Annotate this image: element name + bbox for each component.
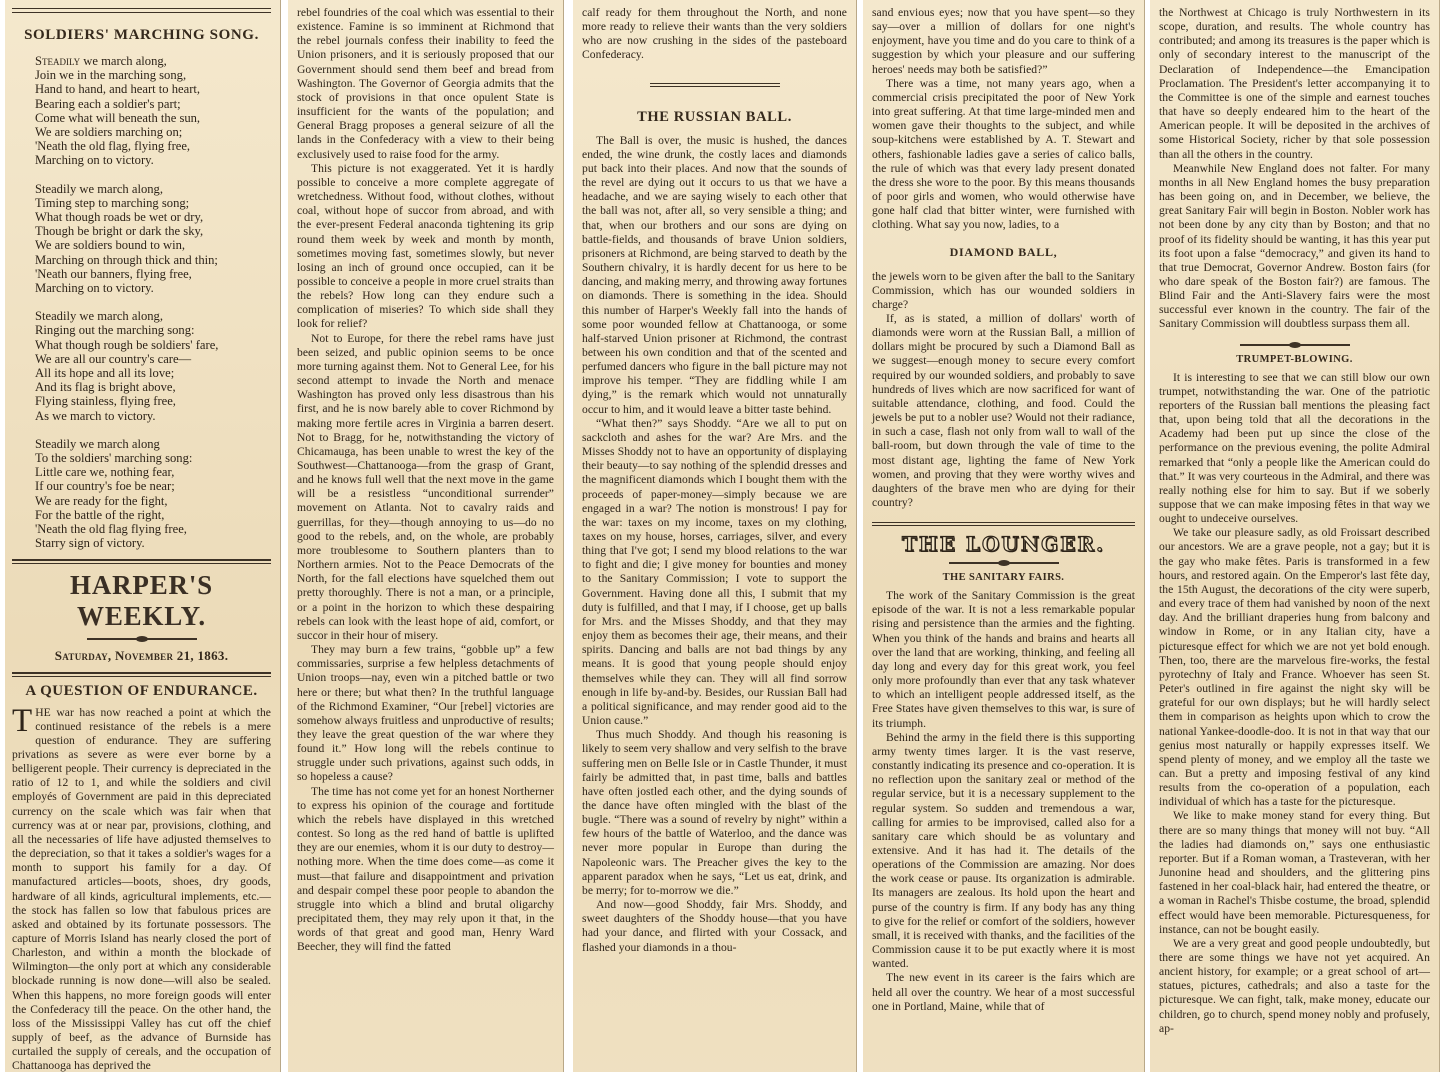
poem-title: SOLDIERS' MARCHING SONG.: [12, 27, 271, 44]
masthead-rule-top: [12, 559, 271, 564]
article-paragraph: Meanwhile New England does not falter. F…: [1159, 162, 1430, 332]
article-title-endurance: A QUESTION OF ENDURANCE.: [12, 683, 271, 700]
article-paragraph: And now—good Shoddy, fair Mrs. Shoddy, a…: [582, 898, 847, 955]
article-paragraph: “What then?” says Shoddy. “Are we all to…: [582, 417, 847, 728]
article-paragraph: the Northwest at Chicago is truly Northw…: [1159, 6, 1430, 162]
clipping-column-5: the Northwest at Chicago is truly Northw…: [1150, 0, 1440, 1072]
ornament-rule: [1240, 344, 1350, 346]
poem-stanza-2: Steadily we march along, Timing step to …: [35, 182, 271, 296]
article-paragraph: rebel foundries of the coal which was es…: [297, 6, 554, 162]
dateline: Saturday, November 21, 1863.: [12, 648, 271, 664]
trumpet-blowing-heading: TRUMPET-BLOWING.: [1159, 354, 1430, 365]
article-paragraph: They may burn a few trains, “gobble up” …: [297, 643, 554, 785]
poem-first-word: Steadily: [35, 54, 80, 68]
ornament-rule: [949, 562, 1059, 564]
clipping-column-2: rebel foundries of the coal which was es…: [288, 0, 564, 1072]
top-rule: [12, 8, 271, 13]
article-paragraph: We are a very great and good people undo…: [1159, 937, 1430, 1036]
article-paragraph: It is interesting to see that we can sti…: [1159, 371, 1430, 527]
article-paragraph: calf ready for them throughout the North…: [582, 6, 847, 63]
drop-cap: T: [12, 707, 35, 735]
article-paragraph: THE war has now reached a point at which…: [12, 706, 271, 1073]
article-paragraph: This picture is not exaggerated. Yet it …: [297, 162, 554, 332]
article-paragraph: If, as is stated, a million of dollars' …: [872, 312, 1135, 510]
article-paragraph: The Ball is over, the music is hushed, t…: [582, 134, 847, 417]
masthead: HARPER'S WEEKLY.: [12, 570, 271, 632]
masthead-rule-bottom: [12, 672, 271, 677]
article-paragraph: the jewels worn to be given after the ba…: [872, 270, 1135, 312]
sanitary-fairs-heading: THE SANITARY FAIRS.: [872, 572, 1135, 583]
diamond-ball-heading: DIAMOND BALL,: [872, 245, 1135, 260]
article-paragraph: Not to Europe, for there the rebel rams …: [297, 332, 554, 643]
article-paragraph: The time has not come yet for an honest …: [297, 785, 554, 955]
poem-stanza-1: Steadily we march along, Join we in the …: [35, 54, 271, 168]
clipping-column-3: calf ready for them throughout the North…: [573, 0, 857, 1072]
section-divider: [872, 522, 1135, 526]
article-paragraph: Thus much Shoddy. And though his reasoni…: [582, 728, 847, 898]
article-paragraph: We take our pleasure sadly, as old Frois…: [1159, 526, 1430, 809]
article-paragraph: We like to make money stand for every th…: [1159, 809, 1430, 936]
poem-stanza-3: Steadily we march along, Ringing out the…: [35, 309, 271, 423]
article-paragraph: The work of the Sanitary Commission is t…: [872, 589, 1135, 731]
article-paragraph: sand envious eyes; now that you have spe…: [872, 6, 1135, 77]
article-title-russian-ball: THE RUSSIAN BALL.: [582, 109, 847, 126]
section-divider: [650, 83, 780, 87]
ornament-rule: [87, 638, 197, 640]
poem-stanza-4: Steadily we march along To the soldiers'…: [35, 437, 271, 551]
article-paragraph: There was a time, not many years ago, wh…: [872, 77, 1135, 233]
lounger-heading: THE LOUNGER.: [872, 532, 1135, 556]
article-paragraph: The new event in its career is the fairs…: [872, 971, 1135, 1013]
clipping-column-1: SOLDIERS' MARCHING SONG. Steadily we mar…: [5, 0, 281, 1072]
article-paragraph: Behind the army in the field there is th…: [872, 731, 1135, 972]
clipping-column-4: sand envious eyes; now that you have spe…: [863, 0, 1145, 1072]
